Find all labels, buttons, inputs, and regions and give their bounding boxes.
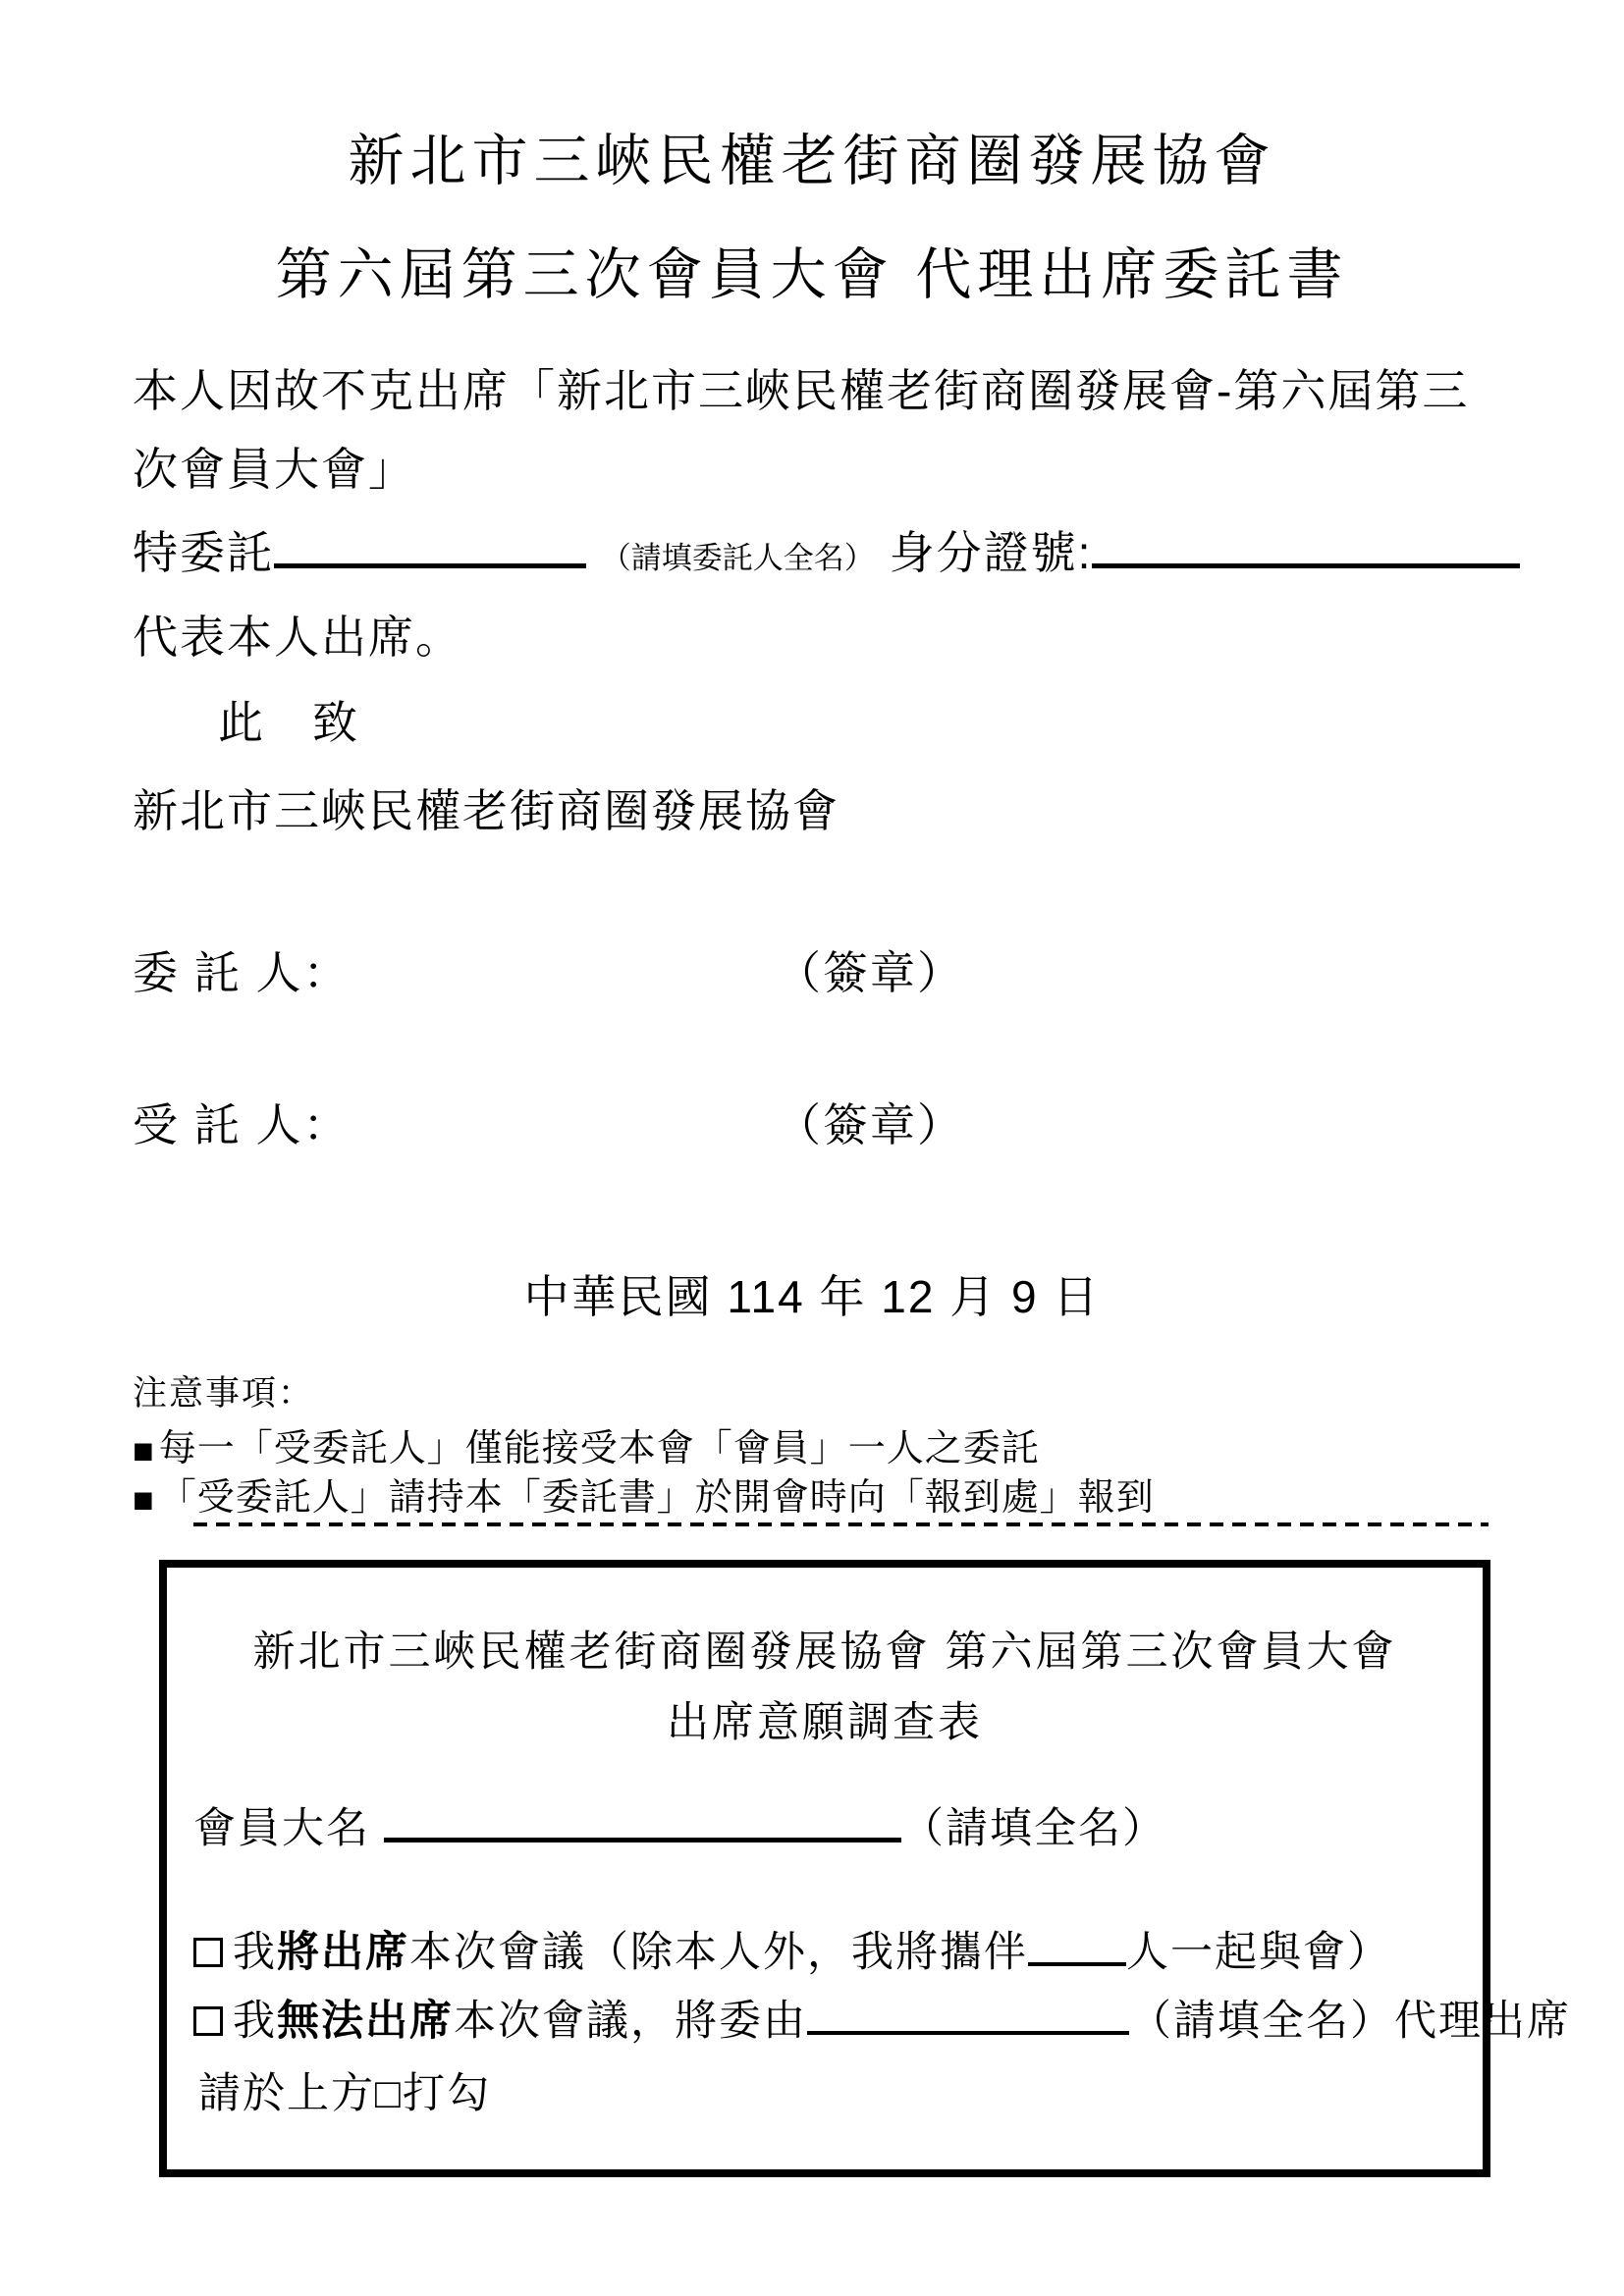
proxy-delegate-field[interactable] — [807, 1992, 1129, 2035]
note-item: ■每一「受委託人」僅能接受本會「會員」一人之委託 — [133, 1417, 1040, 1471]
agent-label: 受 託 人： — [133, 1099, 351, 1150]
absent-checkbox-icon[interactable] — [193, 2006, 223, 2036]
proxy-name-field[interactable] — [274, 517, 586, 568]
organization-name: 新北市三峽民權老街商圈發展協會 — [133, 775, 839, 840]
companion-count-field[interactable] — [1028, 1923, 1126, 1966]
dashed-cut-line — [193, 1522, 1489, 1526]
statement-paragraph: 本人因故不克出席「新北市三峽民權老街商圈發展會-第六屆第三次會員大會」 — [133, 351, 1507, 508]
option-text: 本次會議（除本人外，我將攜伴 — [409, 1929, 1028, 1976]
survey-box: 新北市三峽民權老街商圈發展協會 第六屆第三次會員大會 出席意願調查表 會員大名 … — [159, 1560, 1490, 2177]
id-number-field[interactable] — [1092, 517, 1520, 568]
proxy-name-hint: （請填委託人全名） — [601, 541, 875, 575]
document-title-line2: 第六屆第三次會員大會 代理出席委託書 — [0, 230, 1624, 310]
option-text: 我 — [233, 1929, 277, 1976]
option-text: 人一起與會） — [1126, 1929, 1391, 1976]
principal-label: 委 託 人： — [133, 947, 351, 998]
principal-line: 委 託 人： （簽章） — [133, 937, 1488, 1002]
square-bullet-icon: ■ — [133, 1430, 155, 1470]
notes-title: 注意事項： — [133, 1366, 314, 1415]
member-name-label: 會員大名 — [193, 1805, 370, 1852]
option-bold-text: 無法出席 — [277, 1998, 454, 2045]
option-cannot-attend: 我無法出席本次會議，將委由（請填全名）代理出席 — [193, 1988, 1571, 2048]
square-bullet-icon: ■ — [133, 1479, 155, 1520]
id-number-label: 身分證號: — [890, 527, 1093, 578]
option-text: 我 — [233, 1998, 277, 2045]
proxy-form-page: 新北市三峽民權老街商圈發展協會 第六屆第三次會員大會 代理出席委託書 本人因故不… — [0, 0, 1624, 2296]
member-name-line: 會員大名 （請填全名） — [193, 1795, 1166, 1855]
entrust-line: 特委託 （請填委託人全名） 身分證號: — [133, 517, 1520, 582]
option-text: （請填全名）代理出席 — [1129, 1998, 1571, 2045]
survey-title-line1: 新北市三峽民權老街商圈發展協會 第六屆第三次會員大會 — [167, 1619, 1483, 1679]
agent-line: 受 託 人： （簽章） — [133, 1090, 1488, 1154]
note-item-text: 每一「受委託人」僅能接受本會「會員」一人之委託 — [159, 1428, 1040, 1469]
entrust-prefix-label: 特委託 — [133, 527, 274, 578]
document-title-line1: 新北市三峽民權老街商圈發展協會 — [0, 116, 1624, 196]
agent-seal-label: （簽章） — [776, 1090, 964, 1154]
attend-checkbox-icon[interactable] — [193, 1938, 223, 1967]
option-text: 本次會議，將委由 — [454, 1998, 807, 2045]
option-will-attend: 我將出席本次會議（除本人外，我將攜伴人一起與會） — [193, 1919, 1391, 1979]
salute-line: 此 致 — [218, 687, 359, 752]
represent-line: 代表本人出席。 — [133, 602, 462, 667]
option-bold-text: 將出席 — [277, 1929, 409, 1976]
member-name-hint: （請填全名） — [901, 1805, 1166, 1852]
member-name-field[interactable] — [384, 1795, 901, 1842]
principal-seal-label: （簽章） — [776, 937, 964, 1002]
date-line: 中華民國 114 年 12 月 9 日 — [0, 1261, 1624, 1326]
survey-title-line2: 出席意願調查表 — [167, 1689, 1483, 1749]
survey-footnote: 請於上方□打勾 — [198, 2060, 491, 2120]
note-item-text: 「受委託人」請持本「委託書」於開會時向「報到處」報到 — [159, 1477, 1155, 1519]
note-item: ■「受委託人」請持本「委託書」於開會時向「報到處」報到 — [133, 1467, 1155, 1521]
